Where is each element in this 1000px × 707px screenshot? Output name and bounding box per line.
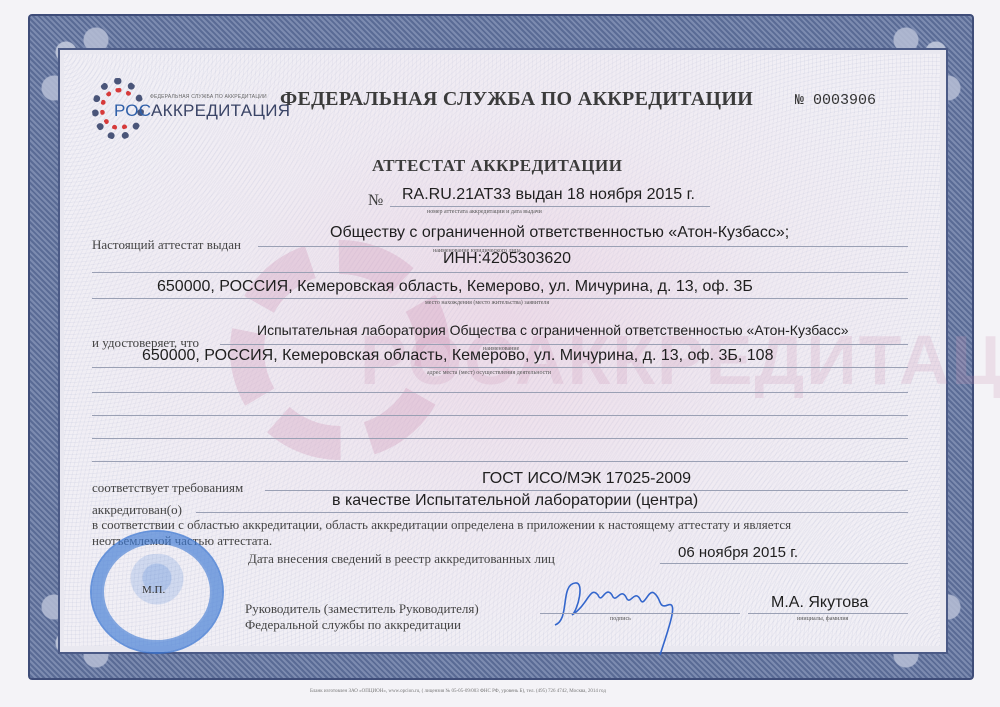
logo-name: РОСАККРЕДИТАЦИЯ [114, 101, 290, 121]
standard: ГОСТ ИСО/МЭК 17025-2009 [482, 470, 691, 488]
number-sign: № [368, 192, 383, 210]
divider [92, 415, 908, 416]
lab-name: Испытательная лаборатория Общества с огр… [257, 322, 849, 338]
divider [92, 298, 908, 299]
certificate-number-caption: номер аттестата аккредитации и дата выда… [427, 209, 542, 215]
divider [92, 392, 908, 393]
divider [390, 206, 710, 207]
signer-name: М.А. Якутова [771, 594, 868, 612]
signature-caption: подпись [610, 616, 631, 622]
divider [258, 246, 908, 247]
divider [92, 461, 908, 462]
certificate-number: RA.RU.21АТ33 выдан 18 ноября 2015 г. [402, 186, 695, 204]
seal-place-label: М.П. [142, 584, 165, 596]
issued-to-inn: ИНН:4205303620 [443, 250, 571, 268]
divider [748, 613, 908, 614]
divider [92, 272, 908, 273]
divider [92, 438, 908, 439]
registry-label: Дата внесения сведений в реестр аккредит… [248, 551, 555, 567]
divider [265, 490, 908, 491]
complies-label: соответствует требованиям [92, 480, 243, 496]
divider [196, 512, 908, 513]
registry-date: 06 ноября 2015 г. [678, 544, 798, 561]
divider [220, 344, 908, 345]
lab-address: 650000, РОССИЯ, Кемеровская область, Кем… [142, 347, 773, 365]
printer-info: Бланк изготовлен ЗАО «ОПЦИОН», www.opcio… [310, 689, 606, 694]
lab-address-caption: адрес места (мест) осуществления деятель… [427, 370, 551, 376]
header-title: ФЕДЕРАЛЬНАЯ СЛУЖБА ПО АККРЕДИТАЦИИ [280, 88, 753, 111]
official-seal: М.П. [90, 530, 224, 654]
signature-icon [550, 565, 700, 665]
divider [92, 367, 908, 368]
scope-text-1: в соответствии с областью аккредитации, … [92, 517, 791, 533]
accredited-as: в качестве Испытательной лаборатории (це… [332, 492, 698, 510]
logo-subtitle: ФЕДЕРАЛЬНАЯ СЛУЖБА ПО АККРЕДИТАЦИИ [150, 94, 267, 100]
document-title: АТТЕСТАТ АККРЕДИТАЦИИ [372, 156, 622, 176]
serial-number: № 0003906 [795, 92, 876, 109]
divider [540, 613, 740, 614]
accredited-label: аккредитован(о) [92, 502, 182, 518]
head-label-1: Руководитель (заместитель Руководителя) [245, 601, 479, 617]
issued-to-name: Обществу с ограниченной ответственностью… [330, 224, 789, 242]
issued-to-label: Настоящий аттестат выдан [92, 237, 241, 253]
rosaccreditation-logo: ФЕДЕРАЛЬНАЯ СЛУЖБА ПО АККРЕДИТАЦИИ РОСАК… [92, 78, 282, 140]
issued-to-address: 650000, РОССИЯ, Кемеровская область, Кем… [157, 278, 753, 296]
signer-caption: инициалы, фамилия [797, 616, 848, 622]
issued-to-address-caption: место нахождения (место жительства) заяв… [425, 300, 549, 306]
divider [660, 563, 908, 564]
head-label-2: Федеральной службы по аккредитации [245, 617, 461, 633]
